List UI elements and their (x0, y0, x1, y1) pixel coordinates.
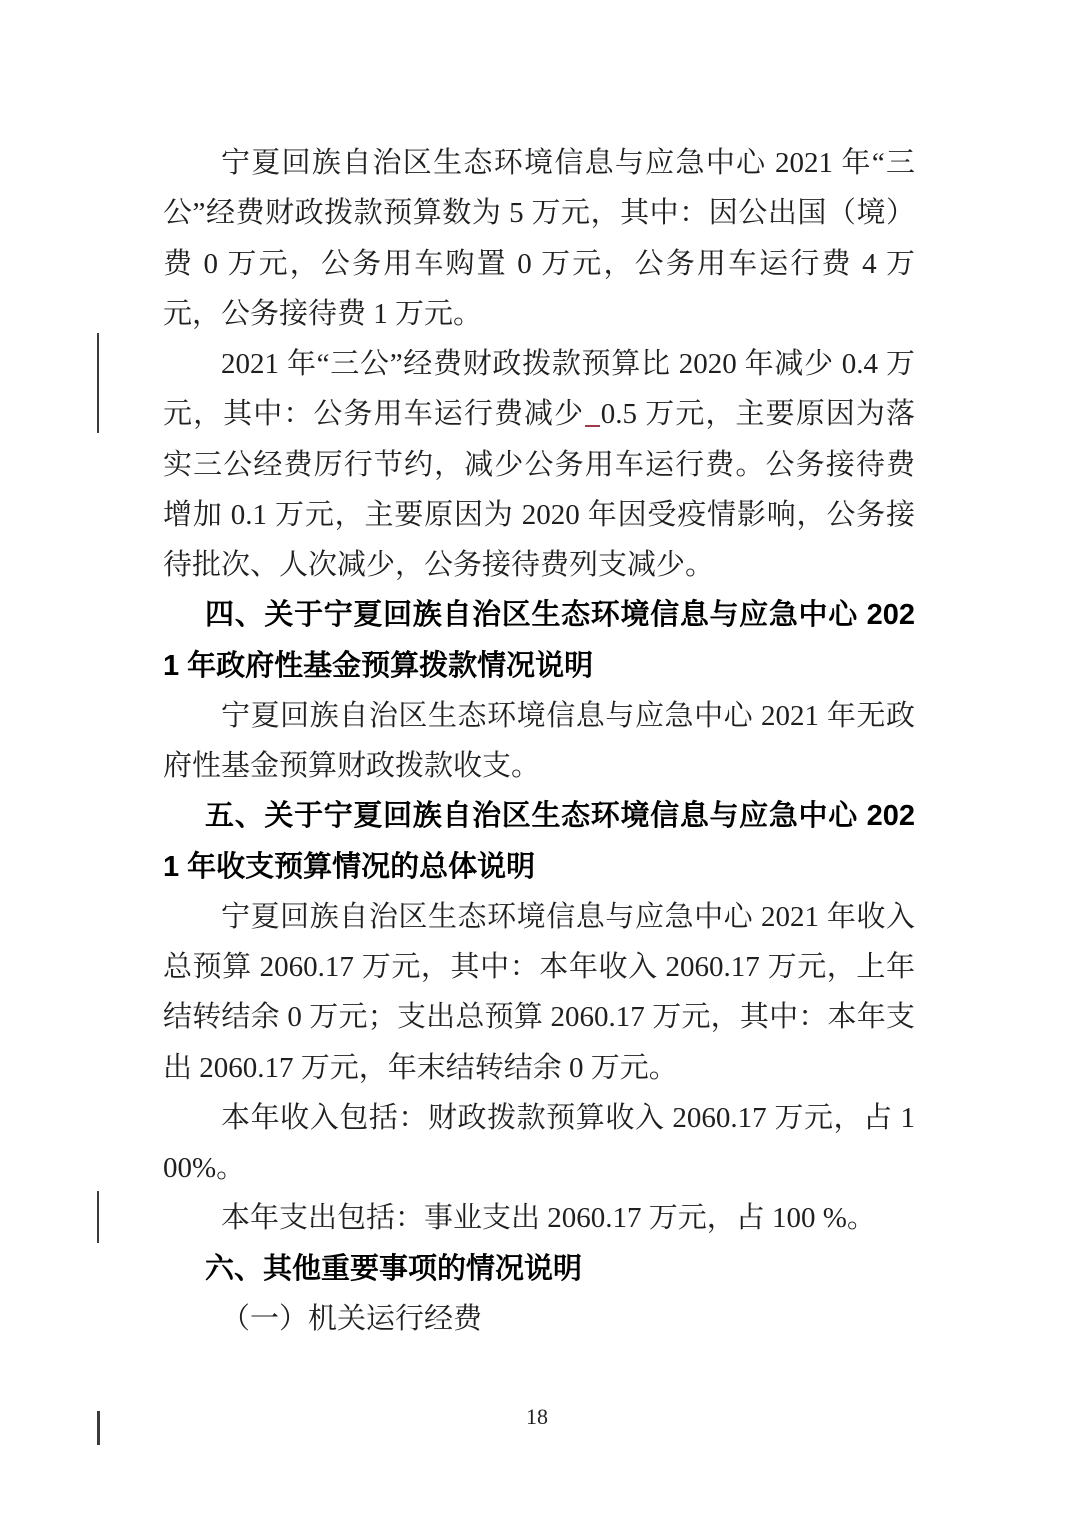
document-body: 宁夏回族自治区生态环境信息与应急中心 2021 年“三公”经费财政拨款预算数为 … (163, 138, 915, 1344)
paragraph-agency-operating-funds: （一）机关运行经费 (163, 1294, 915, 1344)
heading-section-four-govfund: 四、关于宁夏回族自治区生态环境信息与应急中心 2021 年政府性基金预算拨款情况… (163, 590, 915, 691)
heading-section-five-overall-budget: 五、关于宁夏回族自治区生态环境信息与应急中心 2021 年收支预算情况的总体说明 (163, 791, 915, 892)
paragraph-sangong-budget-2021: 宁夏回族自治区生态环境信息与应急中心 2021 年“三公”经费财政拨款预算数为 … (163, 138, 915, 339)
document-page: 宁夏回族自治区生态环境信息与应急中心 2021 年“三公”经费财政拨款预算数为 … (0, 0, 1074, 1520)
paragraph-no-govfund: 宁夏回族自治区生态环境信息与应急中心 2021 年无政府性基金预算财政拨款收支。 (163, 691, 915, 792)
paragraph-sangong-comparison: 2021 年“三公”经费财政拨款预算比 2020 年减少 0.4 万元，其中：公… (163, 339, 915, 590)
heading-section-six-other-matters: 六、其他重要事项的情况说明 (163, 1244, 915, 1294)
revision-change-bar (97, 1191, 99, 1243)
revision-underline-mark: _ (584, 398, 601, 430)
paragraph-income-breakdown: 本年收入包括：财政拨款预算收入 2060.17 万元，占 100%。 (163, 1093, 915, 1194)
page-number: 18 (526, 1404, 548, 1429)
paragraph-budget-totals: 宁夏回族自治区生态环境信息与应急中心 2021 年收入总预算 2060.17 万… (163, 892, 915, 1093)
page-footer: 18 (0, 1404, 1074, 1430)
revision-change-bar (97, 333, 99, 433)
paragraph-expense-breakdown: 本年支出包括：事业支出 2060.17 万元，占 100 %。 (163, 1193, 915, 1243)
